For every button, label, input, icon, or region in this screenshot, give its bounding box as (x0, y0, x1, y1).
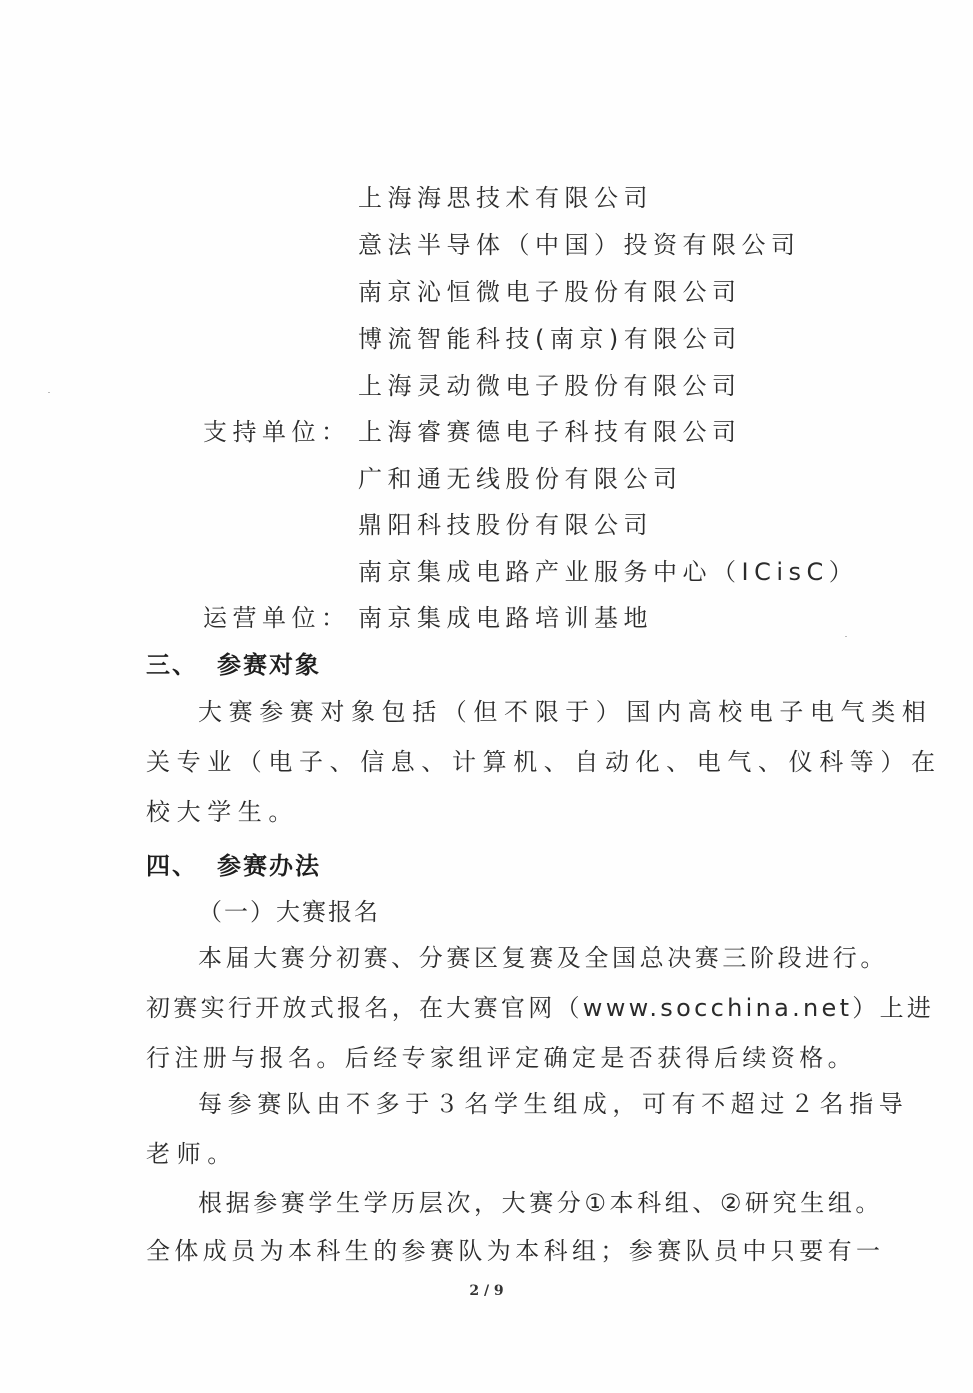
operating-unit: 南京集成电路培训基地 (358, 603, 653, 633)
support-unit: 广和通无线股份有限公司 (358, 464, 683, 494)
sponsor-company: 上海海思技术有限公司 (358, 183, 653, 213)
scan-speck (845, 636, 847, 637)
sponsor-company: 意法半导体（中国）投资有限公司 (358, 230, 801, 260)
section-3-title: 参赛对象 (217, 650, 321, 680)
sponsor-company: 博流智能科技(南京)有限公司 (358, 324, 742, 354)
paragraph-line: 全体成员为本科生的参赛队为本科组；参赛队员中只要有一 (146, 1236, 884, 1266)
section-4-title: 参赛办法 (217, 851, 321, 881)
sponsor-company: 南京沁恒微电子股份有限公司 (358, 277, 742, 307)
paragraph-line: 老师。 (146, 1139, 238, 1169)
paragraph-line: 本届大赛分初赛、分赛区复赛及全国总决赛三阶段进行。 (198, 943, 888, 973)
sponsor-company: 上海灵动微电子股份有限公司 (358, 371, 742, 401)
support-units-label: 支持单位： (203, 417, 351, 447)
paragraph-line: 根据参赛学生学历层次，大赛分①本科组、②研究生组。 (198, 1188, 883, 1218)
paragraph-line: 大赛参赛对象包括（但不限于）国内高校电子电气类相 (198, 697, 932, 727)
support-unit: 鼎阳科技股份有限公司 (358, 510, 653, 540)
support-unit: 上海睿赛德电子科技有限公司 (358, 417, 742, 447)
scan-speck (48, 392, 50, 393)
paragraph-line: 初赛实行开放式报名，在大赛官网（www.socchina.net）上进 (146, 993, 934, 1023)
operating-unit-label: 运营单位： (203, 603, 351, 633)
page-number: 2 / 9 (0, 1283, 973, 1299)
support-unit: 南京集成电路产业服务中心（ICisC） (358, 557, 858, 587)
section-4-number: 四、 (146, 851, 198, 881)
document-page: 上海海思技术有限公司 意法半导体（中国）投资有限公司 南京沁恒微电子股份有限公司… (0, 0, 973, 1393)
subsection-title: （一）大赛报名 (198, 897, 380, 927)
section-3-number: 三、 (146, 650, 198, 680)
paragraph-line: 每参赛队由不多于３名学生组成，可有不超过２名指导 (198, 1089, 908, 1119)
paragraph-line: 校大学生。 (146, 797, 299, 827)
paragraph-line: 关专业（电子、信息、计算机、自动化、电气、仪科等）在 (146, 747, 942, 777)
paragraph-line: 行注册与报名。后经专家组评定确定是否获得后续资格。 (146, 1043, 856, 1073)
